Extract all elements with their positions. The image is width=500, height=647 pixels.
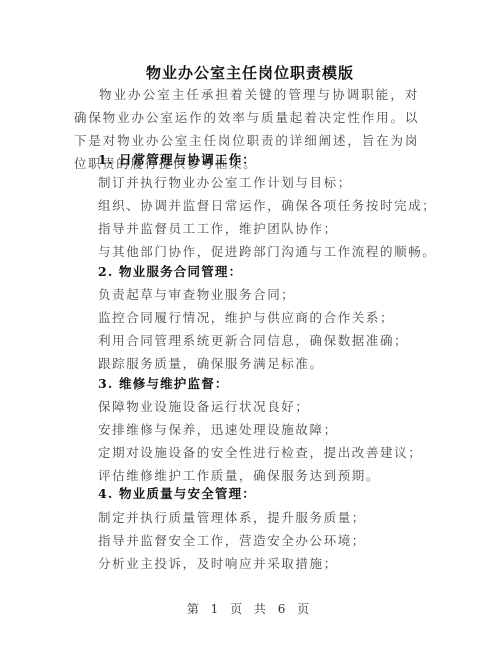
list-item: 组织、协调并监督日常运作，确保各项任务按时完成；: [98, 196, 436, 214]
section-heading-4: 4. 物业质量与安全管理：: [98, 484, 256, 502]
page-footer: 第 1 页 共 6 页: [0, 600, 500, 617]
list-item: 制订并执行物业办公室工作计划与目标；: [98, 173, 352, 191]
list-item: 监控合同履行情况，维护与供应商的合作关系；: [98, 308, 394, 326]
list-item: 分析业主投诉，及时响应并采取措施；: [98, 554, 338, 572]
list-item: 指导并监督员工工作，维护团队协作；: [98, 219, 338, 237]
list-item: 安排维修与保养，迅速处理设施故障；: [98, 420, 338, 438]
list-item: 利用合同管理系统更新合同信息，确保数据准确；: [98, 331, 408, 349]
list-item: 与其他部门协作，促进跨部门沟通与工作流程的顺畅。: [98, 242, 436, 260]
document-title: 物业办公室主任岗位职责模版: [0, 62, 500, 83]
section-heading-2: 2. 物业服务合同管理：: [98, 262, 242, 280]
list-item: 制定并执行质量管理体系，提升服务质量；: [98, 508, 366, 526]
list-item: 跟踪服务质量，确保服务满足标准。: [98, 354, 324, 372]
list-item: 指导并监督安全工作，营造安全办公环境；: [98, 531, 366, 549]
list-item: 负责起草与审查物业服务合同；: [98, 285, 295, 303]
list-item: 定期对设施设备的安全性进行检查，提出改善建议；: [98, 443, 422, 461]
section-heading-1: 1. 日常管理与协调工作：: [98, 150, 256, 168]
list-item: 保障物业设施设备运行状况良好；: [98, 397, 310, 415]
list-item: 评估维修维护工作质量，确保服务达到预期。: [98, 466, 380, 484]
section-heading-3: 3. 维修与维护监督：: [98, 374, 229, 392]
